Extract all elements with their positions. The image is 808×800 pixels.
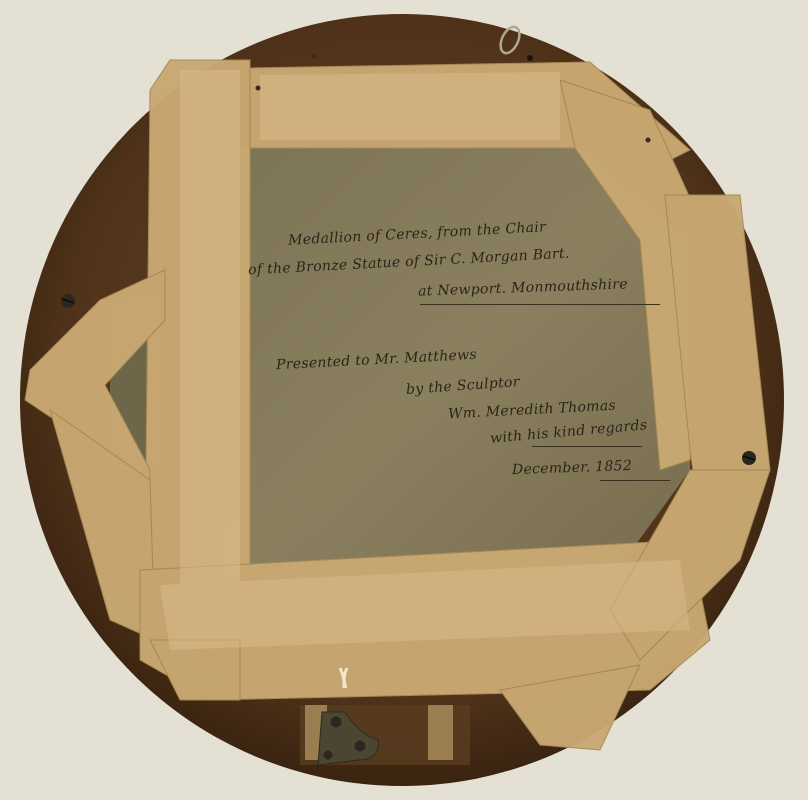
medallion-back-illustration	[0, 0, 808, 800]
underline-1	[420, 304, 660, 305]
underline-3	[600, 480, 670, 481]
screw-right	[742, 451, 756, 465]
photo-scene: Medallion of Ceres, from the Chair of th…	[0, 0, 808, 800]
underline-2	[532, 446, 642, 447]
screw-left	[61, 294, 75, 308]
